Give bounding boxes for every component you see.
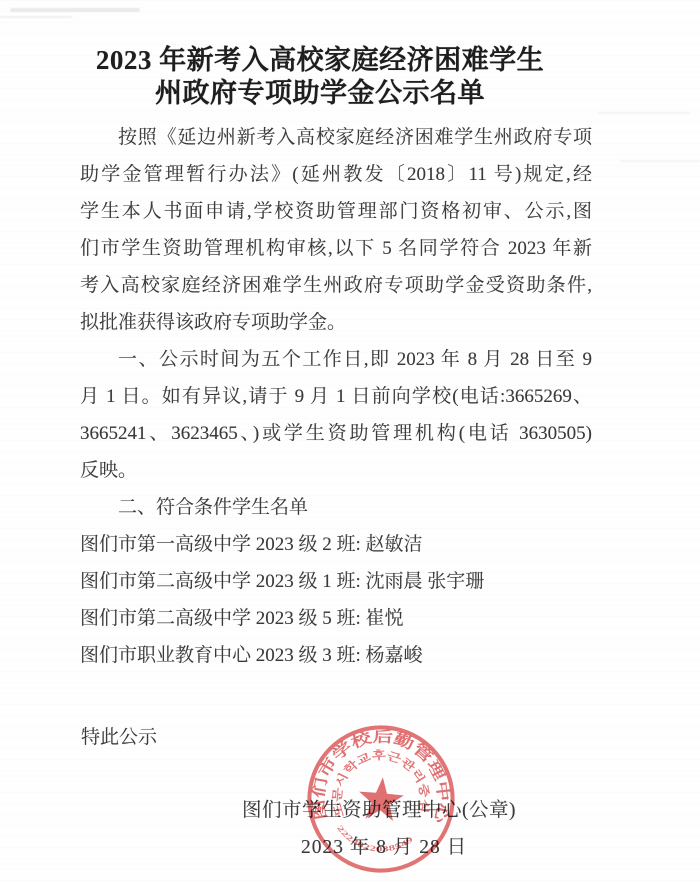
body-line: 考入高校家庭经济困难学生州政府专项助学金受资助条件, bbox=[80, 267, 592, 304]
student-list-item: 图们市第二高级中学 2023 级 5 班: 崔悦 bbox=[80, 600, 592, 637]
student-list-item: 图们市职业教育中心 2023 级 3 班: 杨嘉峻 bbox=[80, 637, 592, 674]
body-line: 按照《延边州新考入高校家庭经济困难学生州政府专项 bbox=[80, 119, 592, 156]
body-line: 学生本人书面申请,学校资助管理部门资格初审、公示,图 bbox=[80, 193, 592, 230]
title-line-1: 2023 年新考入高校家庭经济困难学生 bbox=[20, 44, 620, 77]
document-body: 按照《延边州新考入高校家庭经济困难学生州政府专项 助学金管理暂行办法》(延州教发… bbox=[80, 119, 592, 674]
body-line: 助学金管理暂行办法》(延州教发〔2018〕11 号)规定,经 bbox=[80, 156, 592, 193]
scan-artifact bbox=[598, 112, 690, 114]
document-title: 2023 年新考入高校家庭经济困难学生 州政府专项助学金公示名单 bbox=[20, 44, 620, 110]
closing-text: 特此公示 bbox=[81, 719, 157, 756]
body-line: 3665241、3623465、)或学生资助管理机构(电话 3630505) bbox=[80, 415, 592, 452]
body-line: 月 1 日。如有异议,请于 9 月 1 日前向学校(电话:3665269、 bbox=[80, 378, 592, 415]
body-line-section-heading: 二、符合条件学生名单 bbox=[80, 489, 592, 526]
body-line: 拟批准获得该政府专项助学金。 bbox=[80, 304, 592, 341]
scan-artifact bbox=[620, 160, 700, 162]
body-line: 们市学生资助管理机构审核,以下 5 名同学符合 2023 年新 bbox=[80, 230, 592, 267]
title-line-2: 州政府专项助学金公示名单 bbox=[20, 77, 620, 110]
scan-artifact bbox=[0, 16, 72, 18]
document-page: 2023 年新考入高校家庭经济困难学生 州政府专项助学金公示名单 按照《延边州新… bbox=[0, 0, 700, 882]
scan-artifact bbox=[10, 8, 140, 12]
date-line: 2023 年 8 月 28 日 bbox=[301, 829, 467, 866]
signature-line: 图们市学生资助管理中心(公章) bbox=[242, 792, 516, 829]
student-list-item: 图们市第一高级中学 2023 级 2 班: 赵敏洁 bbox=[80, 526, 592, 563]
body-line: 一、公示时间为五个工作日,即 2023 年 8 月 28 日至 9 bbox=[80, 341, 592, 378]
body-line: 反映。 bbox=[80, 452, 592, 489]
student-list-item: 图们市第二高级中学 2023 级 1 班: 沈雨晨 张宇珊 bbox=[80, 563, 592, 600]
